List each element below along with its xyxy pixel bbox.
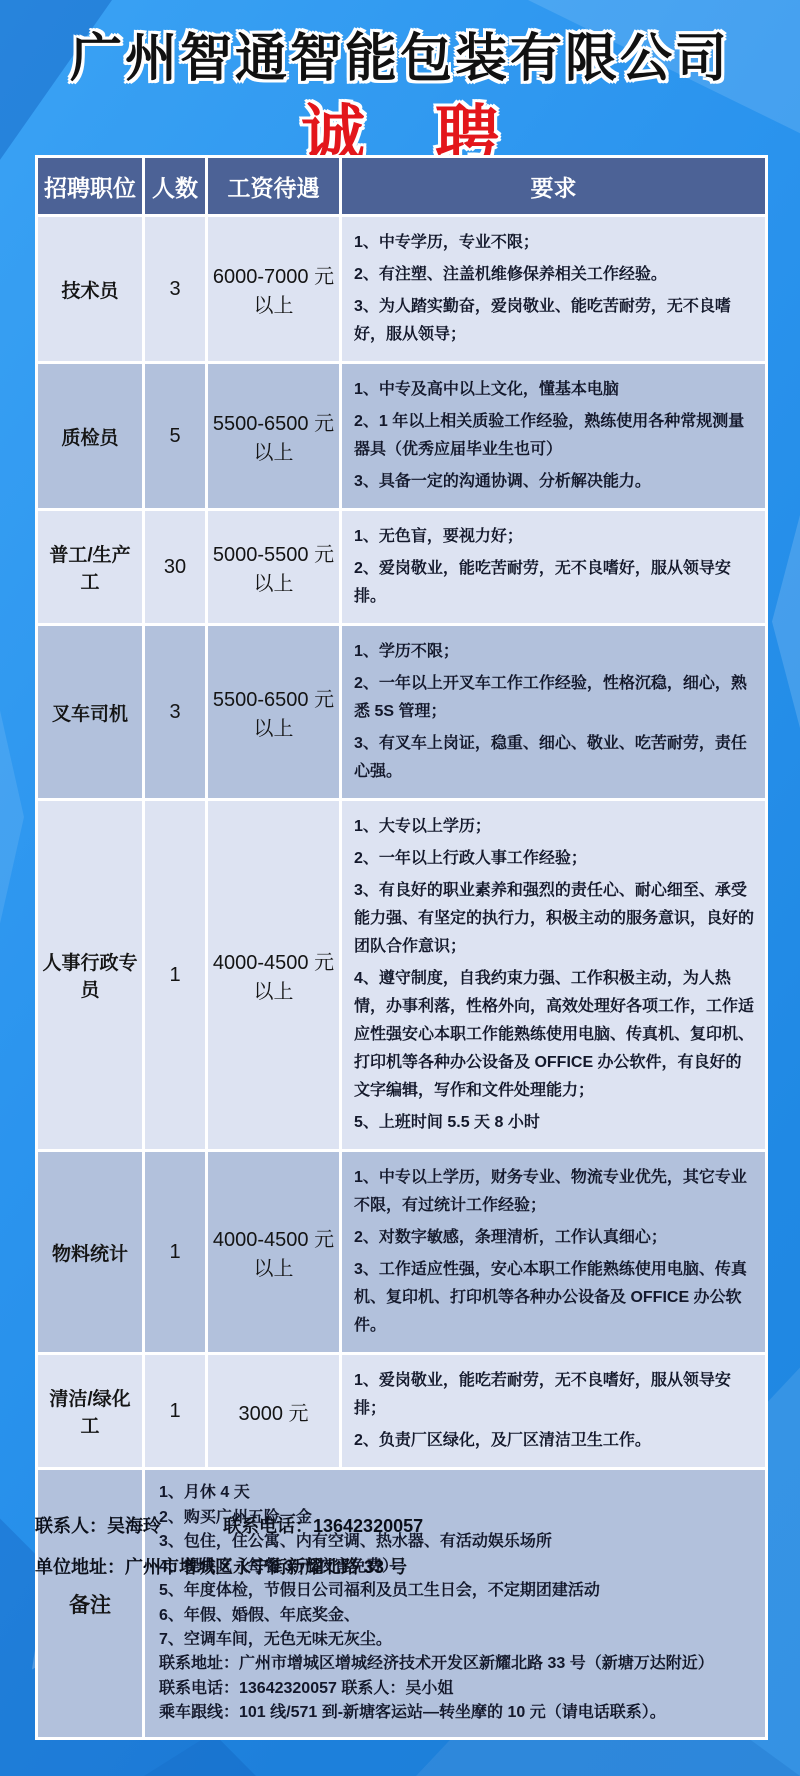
- requirement-line: 2、负责厂区绿化，及厂区清洁卫生工作。: [354, 1427, 755, 1455]
- requirement-line: 1、中专以上学历，财务专业、物流专业优先，其它专业不限，有过统计工作经验；: [354, 1164, 755, 1220]
- requirement-line: 2、一年以上开叉车工作工作经验，性格沉稳，细心，熟悉 5S 管理；: [354, 670, 755, 726]
- recruitment-poster: 广州智通智能包装有限公司 诚 聘 招聘职位 人数 工资待遇 要求 技术员3600…: [0, 0, 800, 1776]
- requirement-line: 2、爱岗敬业，能吃苦耐劳，无不良嗜好，服从领导安排。: [354, 555, 755, 611]
- job-salary: 6000-7000 元以上: [207, 216, 341, 363]
- job-position: 质检员: [37, 363, 144, 510]
- footer-contact-phone: 联系电话：13642320057: [223, 1512, 423, 1538]
- jobs-table: 招聘职位 人数 工资待遇 要求 技术员36000-7000 元以上1、中专学历，…: [35, 155, 768, 1740]
- job-requirements: 1、无色盲，要视力好；2、爱岗敬业，能吃苦耐劳，无不良嗜好，服从领导安排。: [341, 510, 767, 625]
- job-row: 物料统计14000-4500 元以上1、中专以上学历，财务专业、物流专业优先，其…: [37, 1151, 767, 1354]
- job-requirements: 1、爱岗敬业，能吃若耐劳，无不良嗜好，服从领导安排；2、负责厂区绿化，及厂区清洁…: [341, 1354, 767, 1469]
- job-position: 物料统计: [37, 1151, 144, 1354]
- job-position: 清洁/绿化工: [37, 1354, 144, 1469]
- requirement-line: 1、中专学历，专业不限；: [354, 229, 755, 257]
- job-row: 人事行政专员14000-4500 元以上1、大专以上学历；2、一年以上行政人事工…: [37, 800, 767, 1151]
- job-position: 人事行政专员: [37, 800, 144, 1151]
- requirement-line: 1、学历不限；: [354, 638, 755, 666]
- job-row: 清洁/绿化工13000 元1、爱岗敬业，能吃若耐劳，无不良嗜好，服从领导安排；2…: [37, 1354, 767, 1469]
- job-requirements: 1、中专及高中以上文化，懂基本电脑2、1 年以上相关质验工作经验，熟练使用各种常…: [341, 363, 767, 510]
- requirement-line: 3、具备一定的沟通协调、分析解决能力。: [354, 468, 755, 496]
- col-header-salary: 工资待遇: [207, 157, 341, 216]
- remarks-line: 联系电话：13642320057 联系人：吴小姐: [159, 1677, 757, 1701]
- job-count: 1: [144, 800, 207, 1151]
- job-count: 1: [144, 1354, 207, 1469]
- col-header-position: 招聘职位: [37, 157, 144, 216]
- requirement-line: 1、无色盲，要视力好；: [354, 523, 755, 551]
- remarks-line: 6、年假、婚假、年底奖金、: [159, 1604, 757, 1628]
- job-salary: 5000-5500 元以上: [207, 510, 341, 625]
- job-count: 3: [144, 625, 207, 800]
- remarks-line: 乘车跟线：101 线/571 到-新塘客运站—转坐摩的 10 元（请电话联系）。: [159, 1701, 757, 1725]
- remarks-label: 备注: [37, 1469, 144, 1739]
- job-requirements: 1、大专以上学历；2、一年以上行政人事工作经验；3、有良好的职业素养和强烈的责任…: [341, 800, 767, 1151]
- requirement-line: 1、中专及高中以上文化，懂基本电脑: [354, 376, 755, 404]
- job-requirements: 1、中专学历，专业不限；2、有注塑、注盖机维修保养相关工作经验。3、为人踏实勤奋…: [341, 216, 767, 363]
- company-title: 广州智通智能包装有限公司: [0, 16, 800, 91]
- requirement-line: 2、有注塑、注盖机维修保养相关工作经验。: [354, 261, 755, 289]
- requirement-line: 1、大专以上学历；: [354, 813, 755, 841]
- col-header-requirements: 要求: [341, 157, 767, 216]
- footer-contact-name: 联系人：吴海玲: [35, 1512, 161, 1538]
- requirement-line: 3、有良好的职业素养和强烈的责任心、耐心细至、承受能力强、有坚定的执行力，积极主…: [354, 877, 755, 961]
- footer: 联系人：吴海玲 联系电话：13642320057 单位地址：广州市增城区永宁街新…: [35, 1512, 765, 1579]
- job-position: 技术员: [37, 216, 144, 363]
- requirement-line: 2、一年以上行政人事工作经验；: [354, 845, 755, 873]
- job-requirements: 1、中专以上学历，财务专业、物流专业优先，其它专业不限，有过统计工作经验；2、对…: [341, 1151, 767, 1354]
- requirement-line: 3、有叉车上岗证，稳重、细心、敬业、吃苦耐劳，责任心强。: [354, 730, 755, 786]
- job-salary: 5500-6500 元以上: [207, 625, 341, 800]
- job-count: 1: [144, 1151, 207, 1354]
- requirement-line: 1、爱岗敬业，能吃若耐劳，无不良嗜好，服从领导安排；: [354, 1367, 755, 1423]
- job-position: 普工/生产工: [37, 510, 144, 625]
- jobs-table-body: 技术员36000-7000 元以上1、中专学历，专业不限；2、有注塑、注盖机维修…: [37, 216, 767, 1469]
- job-row: 叉车司机35500-6500 元以上1、学历不限；2、一年以上开叉车工作工作经验…: [37, 625, 767, 800]
- job-salary: 4000-4500 元以上: [207, 1151, 341, 1354]
- job-count: 30: [144, 510, 207, 625]
- remarks-row: 备注 1、月休 4 天2、购买广州五险一金3、包住，住公寓、内有空调、热水器、有…: [37, 1469, 767, 1739]
- requirement-line: 2、对数字敏感，条理清析，工作认真细心；: [354, 1224, 755, 1252]
- job-position: 叉车司机: [37, 625, 144, 800]
- table-header-row: 招聘职位 人数 工资待遇 要求: [37, 157, 767, 216]
- footer-address: 单位地址：广州市增城区永宁街新耀北路 33 号: [35, 1553, 765, 1579]
- job-row: 技术员36000-7000 元以上1、中专学历，专业不限；2、有注塑、注盖机维修…: [37, 216, 767, 363]
- job-count: 3: [144, 216, 207, 363]
- remarks-line: 7、空调车间，无色无味无灰尘。: [159, 1628, 757, 1652]
- requirement-line: 5、上班时间 5.5 天 8 小时: [354, 1109, 755, 1137]
- requirement-line: 3、为人踏实勤奋，爱岗敬业、能吃苦耐劳，无不良嗜好，服从领导；: [354, 293, 755, 349]
- remarks-content: 1、月休 4 天2、购买广州五险一金3、包住，住公寓、内有空调、热水器、有活动娱…: [144, 1469, 767, 1739]
- job-salary: 4000-4500 元以上: [207, 800, 341, 1151]
- remarks-line: 联系地址：广州市增城区增城经济技术开发区新耀北路 33 号（新塘万达附近）: [159, 1652, 757, 1676]
- job-salary: 5500-6500 元以上: [207, 363, 341, 510]
- requirement-line: 2、1 年以上相关质验工作经验，熟练使用各种常规测量器具（优秀应届毕业生也可）: [354, 408, 755, 464]
- job-count: 5: [144, 363, 207, 510]
- job-row: 普工/生产工305000-5500 元以上1、无色盲，要视力好；2、爱岗敬业，能…: [37, 510, 767, 625]
- job-salary: 3000 元: [207, 1354, 341, 1469]
- job-requirements: 1、学历不限；2、一年以上开叉车工作工作经验，性格沉稳，细心，熟悉 5S 管理；…: [341, 625, 767, 800]
- job-row: 质检员55500-6500 元以上1、中专及高中以上文化，懂基本电脑2、1 年以…: [37, 363, 767, 510]
- requirement-line: 4、遵守制度，自我约束力强、工作积极主动，为人热情，办事利落，性格外向，高效处理…: [354, 965, 755, 1105]
- remarks-line: 5、年度体检，节假日公司福利及员工生日会，不定期团建活动: [159, 1579, 757, 1603]
- col-header-count: 人数: [144, 157, 207, 216]
- footer-contact-line: 联系人：吴海玲 联系电话：13642320057: [35, 1512, 765, 1538]
- requirement-line: 3、工作适应性强，安心本职工作能熟练使用电脑、传真机、复印机、打印机等各种办公设…: [354, 1256, 755, 1340]
- remarks-line: 1、月休 4 天: [159, 1481, 757, 1505]
- remarks-section: 备注 1、月休 4 天2、购买广州五险一金3、包住，住公寓、内有空调、热水器、有…: [37, 1469, 767, 1739]
